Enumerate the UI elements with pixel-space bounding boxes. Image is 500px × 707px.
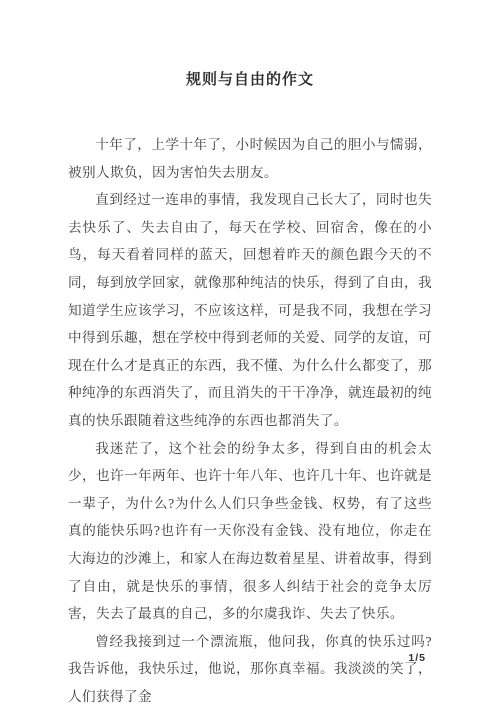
essay-paragraph-2: 直到经过一连串的事情，我发现自己长大了，同时也失去快乐了、失去自由了，每天在学校… [68,186,432,434]
essay-body: 十年了，上学十年了，小时候因为自己的胆小与懦弱，被别人欺负，因为害怕失去朋友。 … [68,131,432,707]
document-page: 规则与自由的作文 十年了，上学十年了，小时候因为自己的胆小与懦弱，被别人欺负，因… [0,0,500,707]
essay-paragraph-1: 十年了，上学十年了，小时候因为自己的胆小与懦弱，被别人欺负，因为害怕失去朋友。 [68,131,432,186]
essay-paragraph-4: 曾经我接到过一个漂流瓶，他问我，你真的快乐过吗?我告诉他，我快乐过，他说，那你真… [68,628,432,707]
essay-paragraph-3: 我迷茫了，这个社会的纷争太多，得到自由的机会太少，也许一年两年、也许十年八年、也… [68,435,432,628]
essay-title: 规则与自由的作文 [0,0,500,91]
page-number: 1/5 [408,652,426,664]
